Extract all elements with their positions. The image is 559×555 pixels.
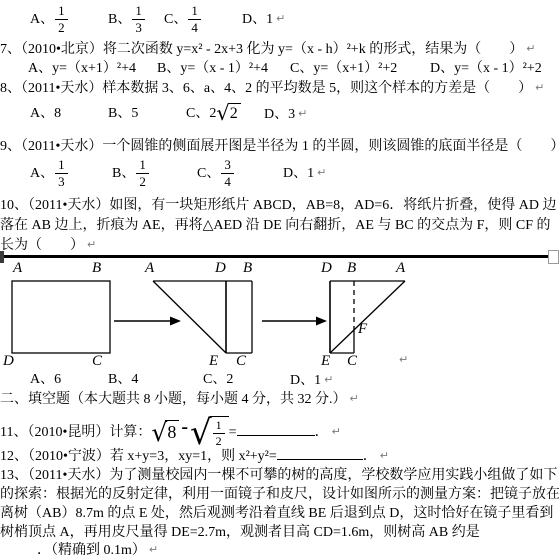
- fig2-label-e: E: [209, 354, 218, 369]
- q10-stem-line1: 10、（2011•天水）如图，有一块矩形纸片 ABCD，AB=8，AD=6．将纸…: [0, 196, 559, 215]
- q9-option-c: C、34: [197, 158, 235, 189]
- q9-stem: 9、（2011•天水）一个圆锥的侧面展开图是半径为 1 的半圆，则该圆锥的底面半…: [0, 136, 559, 156]
- exam-document-page: A、12 B、13 C、14 D、1↵ 7、（2010•北京）将二次函数 y=x…: [0, 0, 559, 555]
- fraction: 12: [213, 419, 225, 448]
- fraction: 14: [188, 4, 201, 35]
- fraction: 12: [136, 158, 149, 189]
- fraction: 13: [55, 158, 68, 189]
- q6-options-row: A、12 B、13 C、14 D、1↵: [0, 4, 559, 34]
- paragraph-mark-icon: ↵: [332, 425, 341, 438]
- fig2-label-d: D: [215, 261, 226, 276]
- q10-stem-line3: 长为（ ）↵: [0, 235, 559, 255]
- paragraph-mark-icon: ↵: [399, 350, 408, 369]
- fig3-label-e: E: [321, 354, 330, 369]
- q7-option-d: D、y=（x - 1）²+2: [430, 59, 542, 78]
- paragraph-mark-icon: ↵: [87, 238, 96, 251]
- q7-option-c: C、y=（x+1）²+2: [290, 59, 397, 78]
- q6-option-a: A、12: [30, 4, 69, 35]
- answer-blank: [277, 446, 363, 460]
- fig3-label-a: A: [396, 261, 405, 276]
- fig2-label-a: A: [145, 261, 154, 276]
- q7-option-b: B、y=（x - 1）²+4: [157, 59, 268, 78]
- option-label: C、: [164, 12, 187, 27]
- q6-option-c: C、14: [164, 4, 202, 35]
- paper-folding-figures-drawing: [0, 258, 559, 370]
- fig1-label-c: C: [92, 354, 102, 369]
- section2-header: 二、填空题（本大题共 8 小题，每小题 4 分，共 32 分.）↵: [0, 389, 559, 409]
- q7-option-a: A、y=（x+1）²+4: [28, 59, 136, 78]
- paragraph-mark-icon: ↵: [350, 392, 359, 405]
- fig2-first-fold: [153, 281, 252, 353]
- q9-options-row: A、13 B、12 C、34 D、1↵: [0, 158, 559, 188]
- paragraph-mark-icon: ↵: [276, 12, 285, 25]
- q10-options-row: A、6 B、4 C、2 D、1↵: [0, 370, 559, 389]
- square-root: √8: [151, 420, 179, 445]
- paragraph-mark-icon: ↵: [526, 42, 535, 55]
- option-label: A、: [30, 12, 54, 27]
- paragraph-mark-icon: ↵: [298, 107, 307, 120]
- arrow-right-icon: [114, 317, 181, 326]
- q10-option-a: A、6: [30, 370, 61, 389]
- answer-blank: [237, 422, 315, 436]
- paragraph-mark-icon: ↵: [535, 81, 544, 94]
- q8-stem: 8、（2011•天水）样本数据 3、6、a、4、2 的平均数是 5，则这个样本的…: [0, 78, 559, 98]
- q11-line: 11、（2010•昆明）计算：√8-√12=．↵: [0, 410, 559, 444]
- paragraph-mark-icon: ↵: [324, 373, 333, 386]
- fig2-label-c: C: [236, 354, 246, 369]
- q8-option-d: D、3↵: [264, 99, 307, 130]
- q13-line1: 13、（2011•天水）为了测量校园内一棵不可攀的树的高度，学校数学应用实践小组…: [0, 466, 559, 485]
- q13-line5: ．（精确到 0.1m）↵: [0, 540, 559, 555]
- square-root: √2: [216, 103, 240, 124]
- q8-options-row: A、8 B、5 C、2√2 D、3↵: [0, 99, 559, 129]
- q11-prefix: 11、（2010•昆明）计算：: [0, 425, 151, 440]
- equals-sign: =: [229, 425, 237, 440]
- paragraph-mark-icon: ↵: [317, 166, 326, 179]
- square-root-fraction: √12: [190, 416, 229, 450]
- fig1-label-a: A: [13, 261, 22, 276]
- fig3-label-d: D: [321, 261, 332, 276]
- q7-stem: 7、（2010•北京）将二次函数 y=x² - 2x+3 化为 y=（x - h…: [0, 39, 559, 59]
- fraction: 34: [221, 158, 234, 189]
- fig3-second-fold: [330, 281, 405, 353]
- q9-option-b: B、12: [112, 158, 150, 189]
- fig1-rectangle: [12, 281, 110, 353]
- q13-line3: 离树（AB）8.7m 的点 E 处，然后观测考沿着直线 BE 后退到点 D，这时…: [0, 504, 559, 523]
- fig3-label-f: F: [358, 322, 367, 337]
- q12-prefix: 12、（2010•宁波）若 x+y=3，xy=1，则 x²+y²=: [0, 449, 277, 464]
- q6-option-d: D、1↵: [242, 4, 285, 35]
- fig1-label-d: D: [3, 354, 14, 369]
- option-label: B、: [108, 12, 131, 27]
- fraction: 13: [132, 4, 145, 35]
- fig3-label-b: B: [347, 261, 356, 276]
- q8-option-a: A、8: [30, 99, 61, 129]
- q9-option-d: D、1↵: [283, 158, 326, 189]
- q13-line2: 的探索：根据光的反射定律，利用一面镜子和皮尺，设计如图所示的测量方案：把镜子放在: [0, 485, 559, 504]
- paragraph-mark-icon: ↵: [380, 449, 389, 462]
- fig2-label-b: B: [243, 261, 252, 276]
- q7-options-row: A、y=（x+1）²+4 B、y=（x - 1）²+4 C、y=（x+1）²+2…: [0, 59, 559, 78]
- arrow-right-icon: [262, 317, 327, 326]
- fig1-label-b: B: [92, 261, 101, 276]
- q6-option-b: B、13: [108, 4, 146, 35]
- paragraph-mark-icon: ↵: [149, 543, 158, 555]
- fraction: 12: [55, 4, 68, 35]
- q12-line: 12、（2010•宁波）若 x+y=3，xy=1，则 x²+y²=．↵: [0, 446, 559, 466]
- q10-option-c: C、2: [203, 370, 233, 389]
- q8-option-c: C、2√2: [186, 99, 241, 129]
- q8-option-b: B、5: [108, 99, 138, 129]
- option-label: D、: [242, 12, 266, 27]
- minus-sign: -: [181, 416, 188, 438]
- q10-option-d: D、1↵: [290, 370, 333, 390]
- q10-stem-line2: 落在 AB 边上，折痕为 AE，再将△AED 沿 DE 向右翻折，AE 与 BC…: [0, 216, 559, 235]
- q10-option-b: B、4: [108, 370, 138, 389]
- q9-option-a: A、13: [30, 158, 69, 189]
- fig3-label-c: C: [347, 354, 357, 369]
